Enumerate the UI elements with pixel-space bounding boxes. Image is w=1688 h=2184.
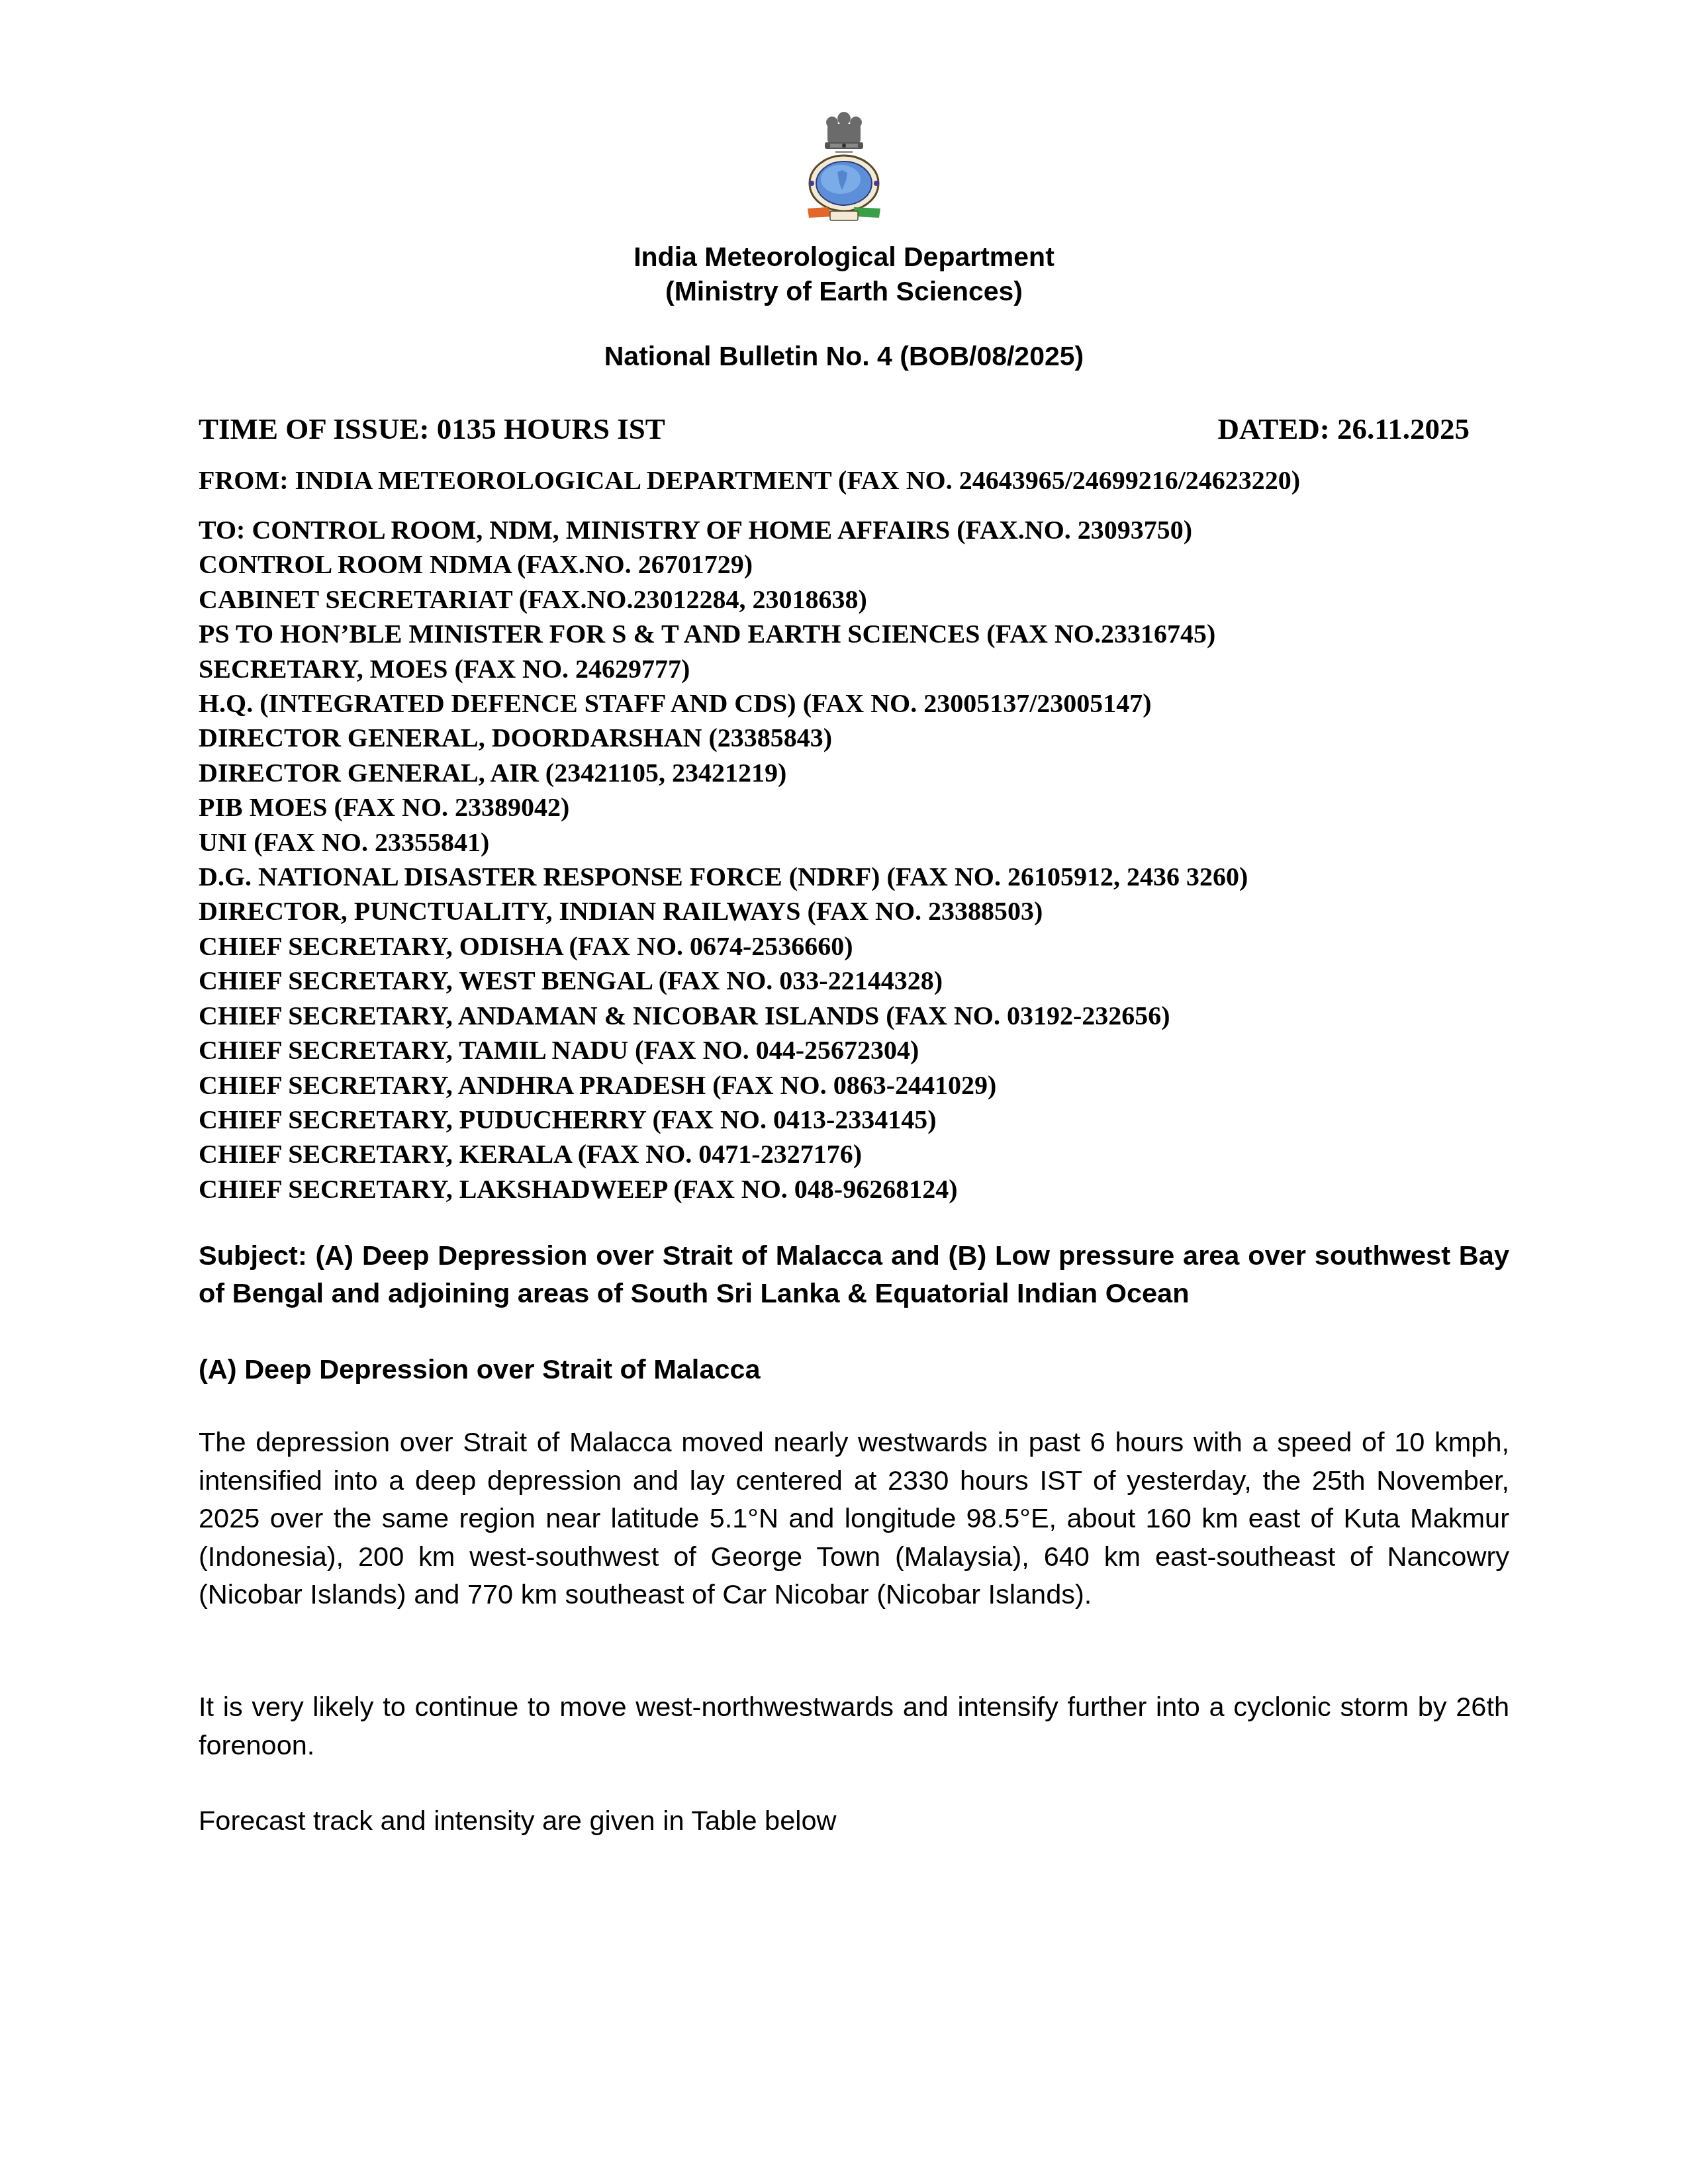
recipient-item: CHIEF SECRETARY, LAKSHADWEEP (FAX NO. 04… [199, 1172, 1248, 1206]
ministry-name: (Ministry of Earth Sciences) [0, 274, 1688, 308]
section-a-paragraph: Forecast track and intensity are given i… [199, 1801, 1509, 1840]
recipient-item: DIRECTOR, PUNCTUALITY, INDIAN RAILWAYS (… [199, 894, 1248, 929]
recipient-item: H.Q. (INTEGRATED DEFENCE STAFF AND CDS) … [199, 686, 1248, 721]
bulletin-page: India Meteorological Department (Ministr… [0, 0, 1688, 2184]
from-line: FROM: INDIA METEOROLOGICAL DEPARTMENT (F… [199, 463, 1300, 498]
recipient-item: CHIEF SECRETARY, PUDUCHERRY (FAX NO. 041… [199, 1103, 1248, 1137]
recipient-item: TO: CONTROL ROOM, NDM, MINISTRY OF HOME … [199, 513, 1248, 547]
recipient-item: CHIEF SECRETARY, KERALA (FAX NO. 0471-23… [199, 1137, 1248, 1171]
section-a-paragraph: It is very likely to continue to move we… [199, 1688, 1509, 1764]
recipient-item: UNI (FAX NO. 23355841) [199, 825, 1248, 860]
recipient-item: CHIEF SECRETARY, ODISHA (FAX NO. 0674-25… [199, 929, 1248, 964]
recipient-item: CONTROL ROOM NDMA (FAX.NO. 26701729) [199, 547, 1248, 582]
recipient-item: CHIEF SECRETARY, TAMIL NADU (FAX NO. 044… [199, 1033, 1248, 1068]
section-a-paragraph: The depression over Strait of Malacca mo… [199, 1423, 1509, 1614]
imd-emblem-icon [801, 109, 887, 225]
section-a-heading: (A) Deep Depression over Strait of Malac… [199, 1350, 1509, 1388]
recipient-item: SECRETARY, MOES (FAX NO. 24629777) [199, 652, 1248, 686]
recipient-item: DIRECTOR GENERAL, DOORDARSHAN (23385843) [199, 721, 1248, 755]
recipient-item: CHIEF SECRETARY, ANDHRA PRADESH (FAX NO.… [199, 1068, 1248, 1103]
issue-date: DATED: 26.11.2025 [1218, 410, 1470, 447]
subject-line: Subject: (A) Deep Depression over Strait… [199, 1236, 1509, 1312]
recipient-item: D.G. NATIONAL DISASTER RESPONSE FORCE (N… [199, 860, 1248, 894]
recipient-item: PS TO HON’BLE MINISTER FOR S & T AND EAR… [199, 617, 1248, 651]
recipient-item: DIRECTOR GENERAL, AIR (23421105, 2342121… [199, 756, 1248, 790]
recipient-list: TO: CONTROL ROOM, NDM, MINISTRY OF HOME … [199, 513, 1248, 1206]
recipient-item: CHIEF SECRETARY, WEST BENGAL (FAX NO. 03… [199, 964, 1248, 998]
time-of-issue: TIME OF ISSUE: 0135 HOURS IST [199, 410, 665, 447]
recipient-item: CABINET SECRETARIAT (FAX.NO.23012284, 23… [199, 582, 1248, 617]
bulletin-title: National Bulletin No. 4 (BOB/08/2025) [0, 339, 1688, 373]
recipient-item: PIB MOES (FAX NO. 23389042) [199, 790, 1248, 825]
organization-name: India Meteorological Department [0, 240, 1688, 274]
recipient-item: CHIEF SECRETARY, ANDAMAN & NICOBAR ISLAN… [199, 999, 1248, 1033]
